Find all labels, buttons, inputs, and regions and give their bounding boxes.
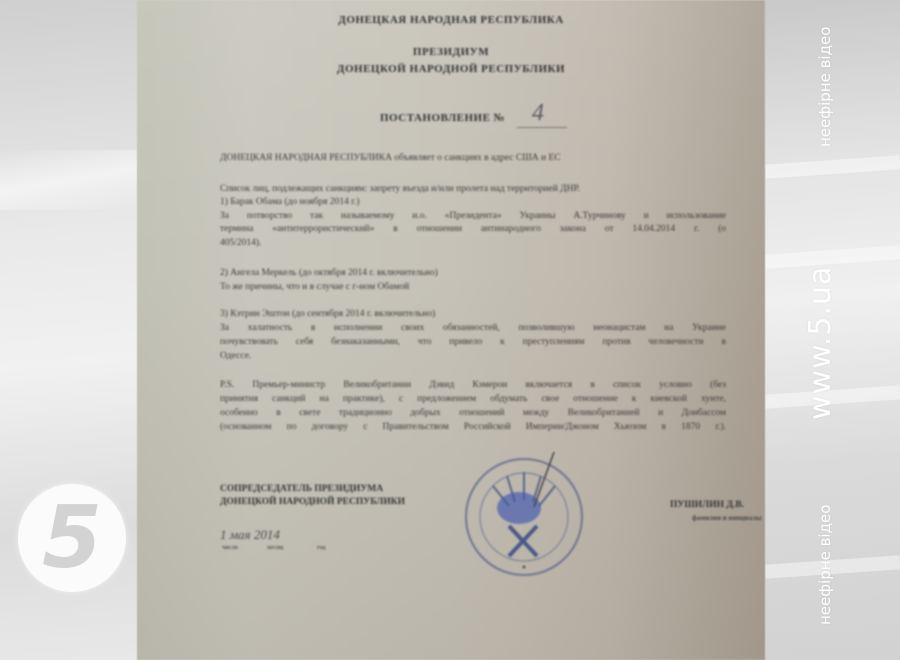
signature-block-title: СОПРЕДСЕДАТЕЛЬ ПРЕЗИДИУМА	[220, 484, 383, 494]
doc-item3-line: За халатность в исполнении своих обязанн…	[220, 323, 726, 333]
signature-block-subtitle: ДОНЕЦКОЙ НАРОДНОЙ РЕСПУБЛИКИ	[220, 497, 405, 507]
watermark-bottom: неефірне відео	[816, 505, 834, 625]
channel-5-logo: 5	[18, 484, 126, 592]
doc-item3-line: Одессе.	[220, 351, 251, 361]
doc-number: 4	[532, 100, 544, 127]
document-body: ДОНЕЦКАЯ НАРОДНАЯ РЕСПУБЛИКА ПРЕЗИДИУМ Д…	[137, 0, 765, 660]
doc-ps-line: принятия санкций на практике), с предлож…	[220, 394, 726, 404]
doc-item2-title: 2) Ангела Меркель (до октября 2014 г. вк…	[220, 268, 438, 278]
doc-header-presidium: ПРЕЗИДИУМ	[137, 46, 765, 58]
doc-ps-line: P.S. Премьер-министр Великобритании Дэви…	[220, 380, 726, 390]
doc-ps-line: особенно в свете традиционно добрых отно…	[220, 408, 726, 418]
signer-role-label: фамилия и инициалы	[692, 514, 762, 522]
doc-item3-line: почувствовать себя безнаказанными, что п…	[220, 337, 726, 347]
doc-item3-title: 3) Кэтрин Эштон (до сентября 2014 г. вкл…	[220, 309, 435, 319]
doc-item1-line: термина «антитеррористический» в отношен…	[220, 224, 726, 234]
doc-number-underline	[517, 127, 567, 128]
doc-item1-line: За потворство так называемому и.о. «През…	[220, 211, 726, 221]
doc-intro: ДОНЕЦКАЯ НАРОДНАЯ РЕСПУБЛИКА объявляет о…	[220, 153, 561, 163]
date-label-month: месяц	[267, 545, 283, 551]
watermark-top: неефірне відео	[816, 27, 834, 147]
doc-header-republic: ДОНЕЦКАЯ НАРОДНАЯ РЕСПУБЛИКА	[137, 14, 765, 26]
doc-item1-title: 1) Барак Обама (до ноября 2014 г.)	[220, 197, 360, 207]
watermark-url: www.5.ua	[803, 266, 838, 420]
doc-header-presidium-of: ДОНЕЦКОЙ НАРОДНОЙ РЕСПУБЛИКИ	[137, 63, 765, 75]
handwritten-date: 1 мая 2014	[220, 527, 280, 543]
doc-item1-line: 405/2014).	[220, 238, 261, 248]
doc-title: ПОСТАНОВЛЕНИЕ №	[380, 112, 505, 124]
doc-ps-line: (основанном по договору с Правительством…	[220, 422, 726, 432]
date-label-year: год	[317, 545, 325, 551]
doc-list-intro: Список лиц, подлежащих санкциям: запрету…	[220, 184, 580, 194]
signer-name: ПУШИЛИН Д.В.	[670, 500, 744, 510]
date-label-day: число	[222, 545, 238, 551]
doc-item2-text: То же причины, что и в случае с г-ном Об…	[220, 282, 409, 292]
document-paper: ДОНЕЦКАЯ НАРОДНАЯ РЕСПУБЛИКА ПРЕЗИДИУМ Д…	[137, 0, 765, 660]
channel-5-logo-text: 5	[18, 484, 126, 592]
official-stamp-icon	[459, 452, 589, 582]
